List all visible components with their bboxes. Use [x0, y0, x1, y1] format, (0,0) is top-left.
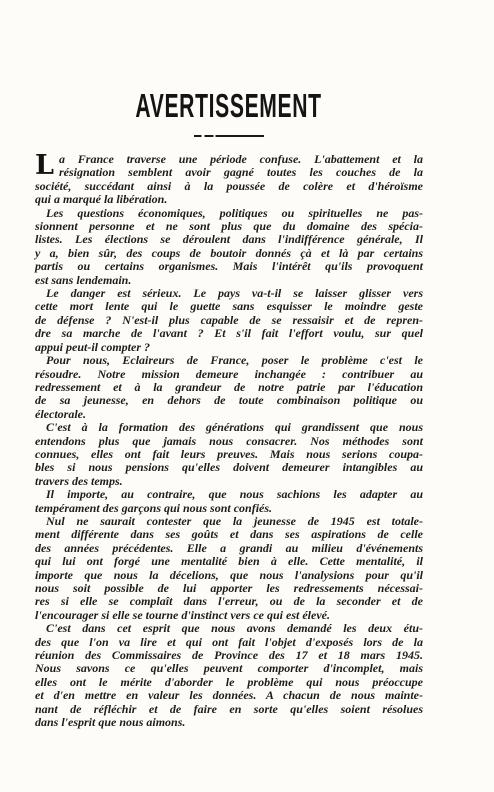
- page-content: AVERTISSEMENT La France traverse une pér…: [35, 92, 423, 729]
- text-line: redressement et à la grandeur de notre p…: [35, 381, 423, 394]
- text-line: qui lui ont forgé une mentalité bien à e…: [35, 555, 423, 568]
- paragraph: La France traverse une période confuse. …: [35, 153, 423, 207]
- text-line: tempérament des garçons qui nous sont co…: [35, 502, 423, 515]
- text-line: elles ont le mérite d'aborder le problèm…: [35, 676, 423, 689]
- text-line: réunion des Commissaires de Province des…: [35, 649, 423, 662]
- text-line: est sans lendemain.: [35, 274, 423, 287]
- text-line: connues, elles ont fait leurs preuves. M…: [35, 448, 423, 461]
- text-line: société, succédant ainsi à la poussée de…: [35, 180, 423, 193]
- text-line: ment différente dans ses goûts et dans s…: [35, 528, 423, 541]
- text-line: Nul ne saurait contester que la jeunesse…: [35, 515, 423, 528]
- title-divider: [194, 135, 264, 137]
- text-line: nous soit possible de lui apporter les r…: [35, 582, 423, 595]
- text-line: travers des temps.: [35, 475, 423, 488]
- text-line: de défense ? N'est-il plus capable de se…: [35, 314, 423, 327]
- body-text: La France traverse une période confuse. …: [35, 153, 423, 729]
- text-line: et d'en mettre en valeur les données. A …: [35, 689, 423, 702]
- text-line: électorale.: [35, 408, 423, 421]
- text-line: nant de réfléchir et de faire en sorte q…: [35, 703, 423, 716]
- paragraph: Les questions économiques, politiques ou…: [35, 207, 423, 287]
- text-line: de sa jeunesse, en dehors de toute combi…: [35, 394, 423, 407]
- text-line: y a, bien sûr, des coups de boutoir donn…: [35, 247, 423, 260]
- paragraph: C'est à la formation des générations qui…: [35, 421, 423, 488]
- text-line: des que l'on va lire et qui ont fait l'o…: [35, 636, 423, 649]
- text-line: sionnent personne et ne sont plus que du…: [35, 220, 423, 233]
- title-block: AVERTISSEMENT: [35, 92, 423, 122]
- text-line: importe que nous la décelions, que nous …: [35, 569, 423, 582]
- drop-cap: L: [35, 154, 54, 179]
- paragraph: Le danger est sérieux. Le pays va-t-il s…: [35, 287, 423, 354]
- text-line: listes. Les élections se déroulent dans …: [35, 233, 423, 246]
- text-line: C'est dans cet esprit que nous avons dem…: [35, 622, 423, 635]
- text-line: résoudre. Notre mission demeure inchangé…: [35, 368, 423, 381]
- text-line: l'encourager si elle se tourne d'instinc…: [35, 609, 423, 622]
- text-line: résignation semblent avoir gagné toutes …: [35, 166, 423, 179]
- text-line: dans l'esprit que nous aimons.: [35, 716, 423, 729]
- paragraph: C'est dans cet esprit que nous avons dem…: [35, 622, 423, 729]
- paragraph: Nul ne saurait contester que la jeunesse…: [35, 515, 423, 622]
- text-line: entendons plus que jamais nous consacrer…: [35, 435, 423, 448]
- text-line: a France traverse une période confuse. L…: [35, 153, 423, 166]
- text-line: Nous savons ce qu'elles peuvent comporte…: [35, 662, 423, 675]
- text-line: qui a marqué la libération.: [35, 193, 423, 206]
- text-line: Le danger est sérieux. Le pays va-t-il s…: [35, 287, 423, 300]
- paragraph: Pour nous, Eclaireurs de France, poser l…: [35, 354, 423, 421]
- page-title: AVERTISSEMENT: [136, 92, 322, 119]
- document-page: AVERTISSEMENT La France traverse une pér…: [0, 0, 494, 792]
- text-line: appui peut-il compter ?: [35, 341, 423, 354]
- text-line: bles si nous pensions qu'elles doivent d…: [35, 461, 423, 474]
- text-line: dre sa marche de l'avant ? Et s'il fait …: [35, 327, 423, 340]
- text-line: des années précédentes. Elle a grandi au…: [35, 542, 423, 555]
- text-line: res si elle se complaît dans l'erreur, o…: [35, 595, 423, 608]
- text-line: partis ou certains organismes. Mais l'in…: [35, 260, 423, 273]
- text-line: Pour nous, Eclaireurs de France, poser l…: [35, 354, 423, 367]
- text-line: Les questions économiques, politiques ou…: [35, 207, 423, 220]
- text-line: cette mort lente qui le guette sans esqu…: [35, 300, 423, 313]
- text-line: C'est à la formation des générations qui…: [35, 421, 423, 434]
- text-line: Il importe, au contraire, que nous sachi…: [35, 488, 423, 501]
- paragraph: Il importe, au contraire, que nous sachi…: [35, 488, 423, 515]
